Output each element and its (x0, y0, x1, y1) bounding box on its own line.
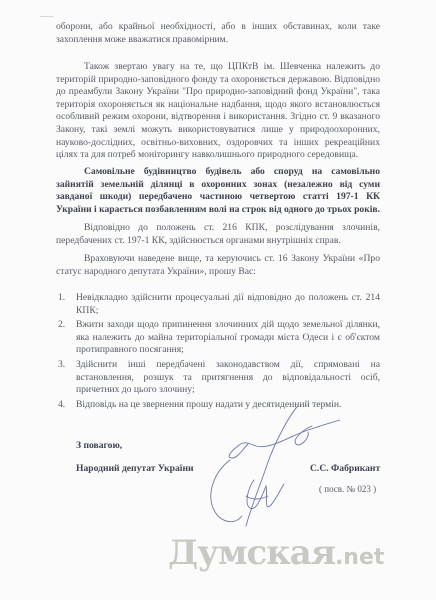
paragraph-criminal-liability: Самовільне будівництво будівель або спор… (56, 166, 380, 216)
watermark-brand: Думская (168, 533, 335, 573)
request-list: 1. Невідкладно здійснити процесуальні ді… (56, 292, 380, 413)
scan-artifact (40, 16, 54, 17)
scanned-letter-page: оборони, або крайньої необхідності, або … (0, 0, 436, 600)
handwritten-signature-icon (180, 400, 340, 530)
paragraph-nature-reserve: Також звертаю увагу на те, що ЦПКтВ ім. … (56, 61, 380, 162)
request-number: 4. (58, 399, 65, 412)
paragraph-continuation: оборони, або крайньої необхідності, або … (56, 21, 380, 46)
request-number: 1. (58, 292, 65, 305)
paragraph-investigation-authority: Відповідно до положень ст. 216 КПК, розс… (56, 222, 380, 247)
watermark-tld: .net (335, 545, 384, 570)
request-item: 3. Здійснити інші передбачені законодавс… (56, 359, 380, 397)
closing-regards: З повагою, (76, 440, 122, 451)
signer-position: Народний депутат України (76, 463, 194, 474)
request-text: Вжити заходи щодо припинення злочинних д… (76, 319, 380, 355)
request-number: 3. (58, 359, 65, 372)
request-text: Здійснити інші передбачені законодавство… (76, 359, 380, 395)
request-number: 2. (58, 319, 65, 332)
request-item: 1. Невідкладно здійснити процесуальні ді… (56, 292, 380, 317)
request-item: 2. Вжити заходи щодо припинення злочинни… (56, 319, 380, 357)
request-text: Невідкладно здійснити процесуальні дії в… (76, 292, 380, 316)
watermark-logo: Думская.net (168, 533, 384, 573)
paragraph-request-intro: Враховуючи наведене вище, та керуючись с… (56, 253, 380, 278)
